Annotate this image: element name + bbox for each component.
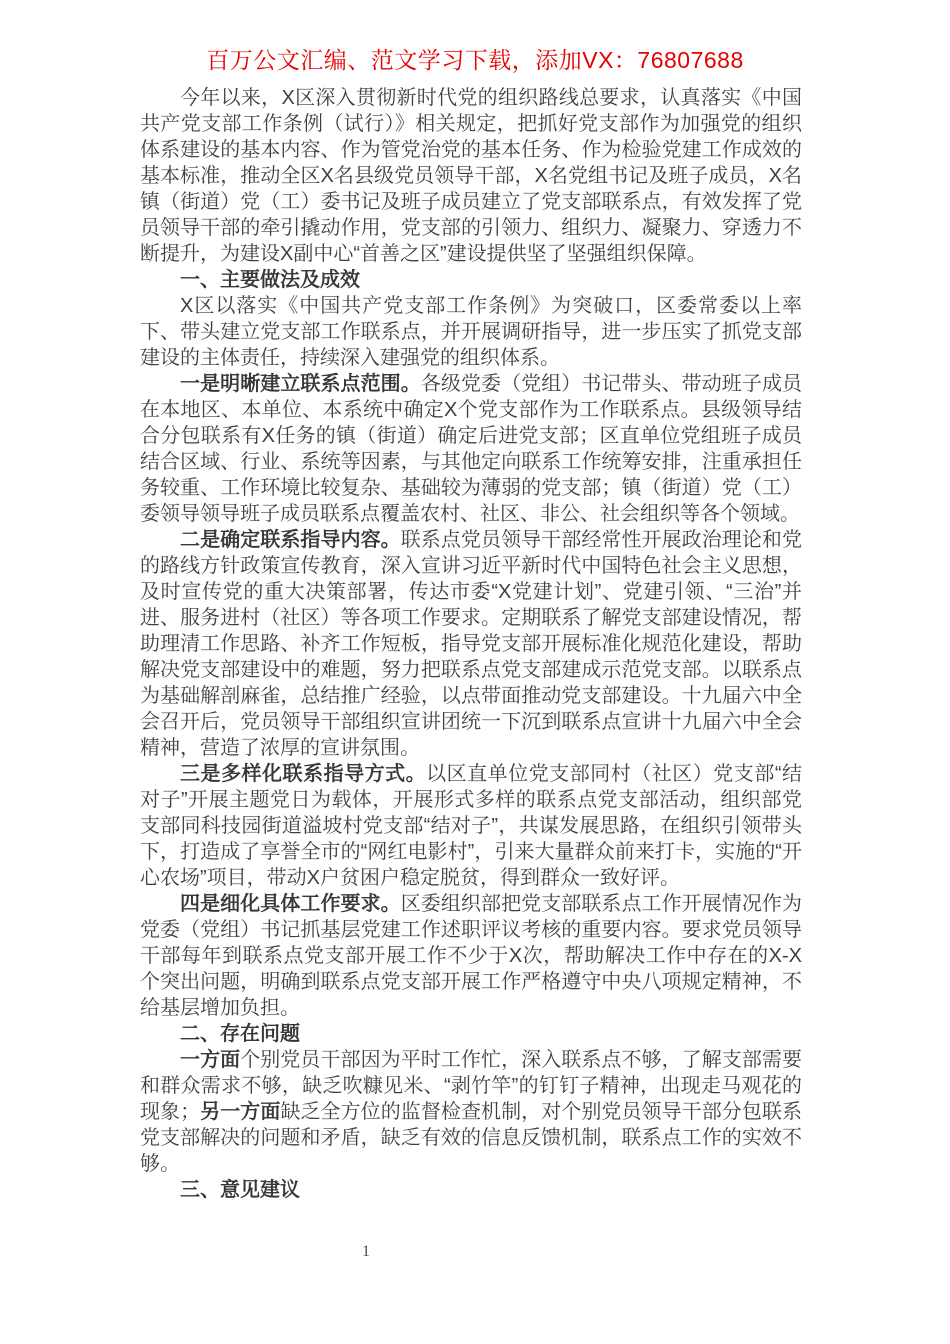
paragraph-intro: 今年以来，X区深入贯彻新时代党的组织路线总要求，认真落实《中国共产党支部工作条例… <box>140 85 802 267</box>
paragraph-lead: 一方面 <box>180 1049 240 1071</box>
paragraph-lead: 一是明晰建立联系点范围。 <box>180 373 421 395</box>
paragraph-text: 联系点党员领导干部经常性开展政治理论和党的路线方针政策宣传教育，深入宣讲习近平新… <box>140 529 802 759</box>
header-notice: 百万公文汇编、范文学习下载，添加VX：76807688 <box>0 45 950 75</box>
paragraph-point-1: 一是明晰建立联系点范围。各级党委（党组）书记带头、带动班子成员在本地区、本单位、… <box>140 371 802 527</box>
paragraph-text: 今年以来，X区深入贯彻新时代党的组织路线总要求，认真落实《中国共产党支部工作条例… <box>140 87 802 265</box>
paragraph-lead: 二是确定联系指导内容。 <box>180 529 401 551</box>
section-heading-suggestions: 三、意见建议 <box>140 1177 802 1203</box>
paragraph-text: 各级党委（党组）书记带头、带动班子成员在本地区、本单位、本系统中确定X个党支部作… <box>140 373 802 525</box>
paragraph-point-4: 四是细化具体工作要求。区委组织部把党支部联系点工作开展情况作为党委（党组）书记抓… <box>140 891 802 1021</box>
paragraph-overview: X区以落实《中国共产党支部工作条例》为突破口，区委常委以上率下、带头建立党支部工… <box>140 293 802 371</box>
paragraph-point-3: 三是多样化联系指导方式。以区直单位党支部同村（社区）党支部“结对子”开展主题党日… <box>140 761 802 891</box>
paragraph-lead: 四是细化具体工作要求。 <box>180 893 401 915</box>
paragraph-text: X区以落实《中国共产党支部工作条例》为突破口，区委常委以上率下、带头建立党支部工… <box>140 295 802 369</box>
document-page: 百万公文汇编、范文学习下载，添加VX：76807688 今年以来，X区深入贯彻新… <box>0 0 950 1344</box>
section-heading-main-practices: 一、主要做法及成效 <box>140 267 802 293</box>
paragraph-lead: 三是多样化联系指导方式。 <box>180 763 426 785</box>
paragraph-lead: 另一方面 <box>200 1101 280 1123</box>
document-body: 今年以来，X区深入贯彻新时代党的组织路线总要求，认真落实《中国共产党支部工作条例… <box>140 85 802 1203</box>
paragraph-point-2: 二是确定联系指导内容。联系点党员领导干部经常性开展政治理论和党的路线方针政策宣传… <box>140 527 802 761</box>
page-number: 1 <box>336 1243 396 1261</box>
paragraph-problems: 一方面个别党员干部因为平时工作忙，深入联系点不够，了解支部需要和群众需求不够，缺… <box>140 1047 802 1177</box>
section-heading-problems: 二、存在问题 <box>140 1021 802 1047</box>
